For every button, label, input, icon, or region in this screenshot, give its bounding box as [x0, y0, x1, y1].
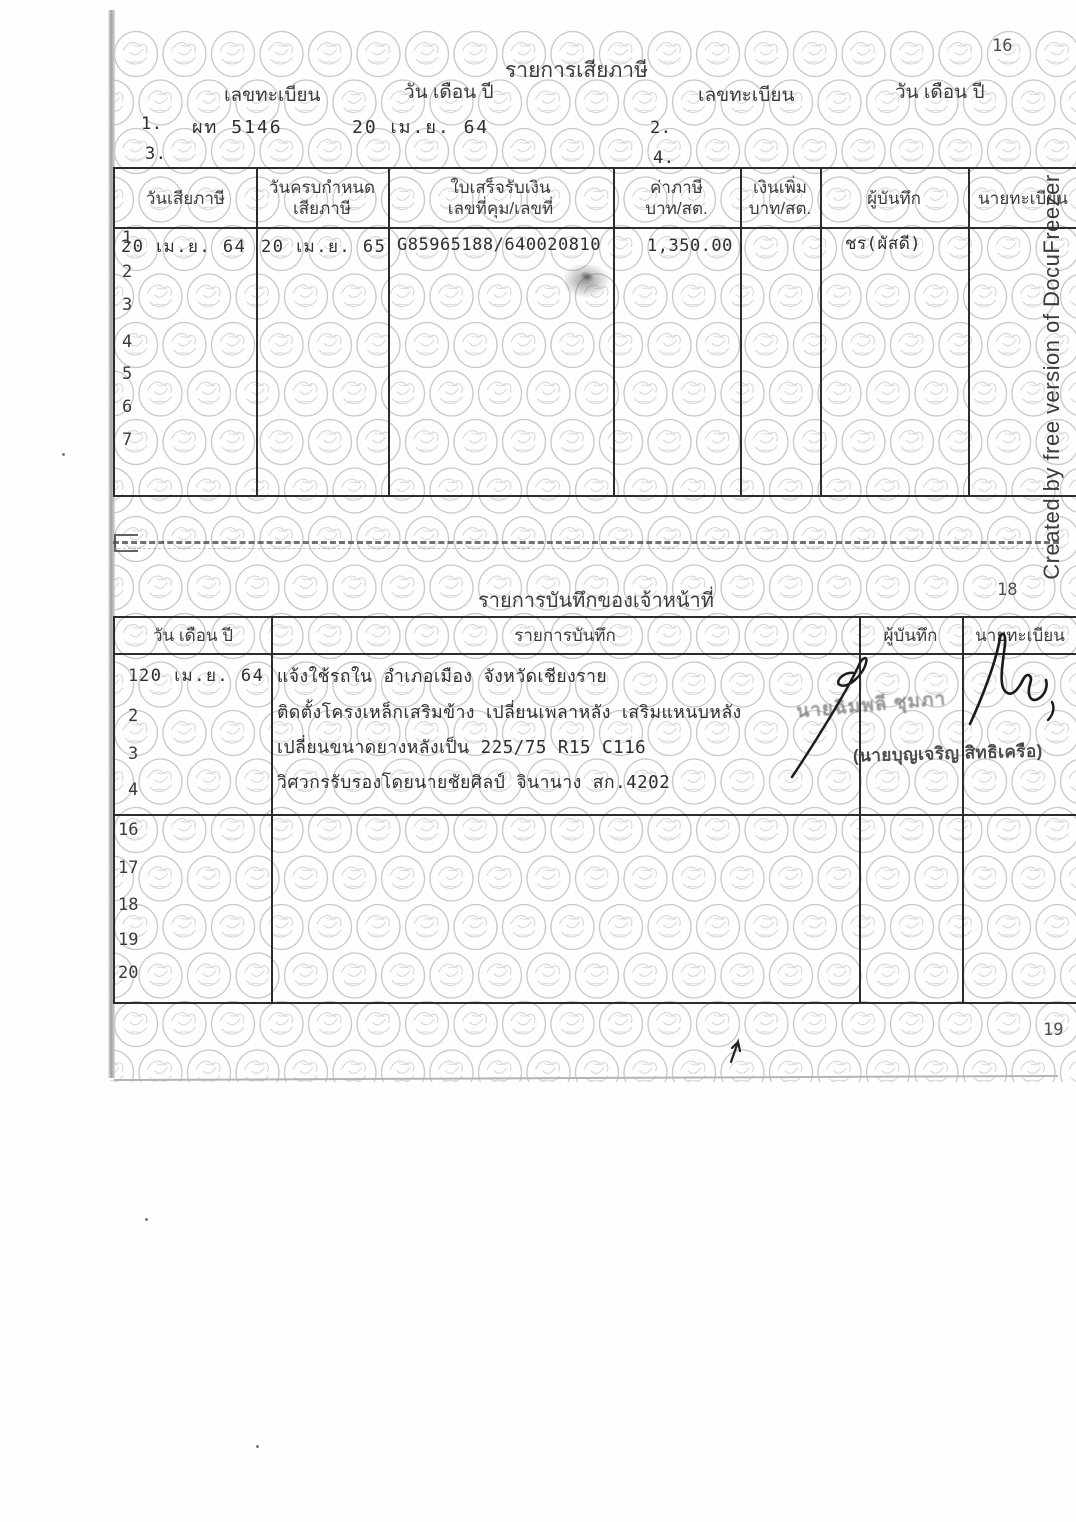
record-row-number: 16 — [118, 820, 138, 840]
col-header-receipt-line1: ใบเสร็จรับเงิน — [450, 178, 550, 197]
emblem-circle-instance — [309, 32, 352, 77]
emblem-circle-instance — [988, 1002, 1031, 1047]
emblem-circle-instance — [939, 32, 982, 77]
emblem-circle-instance — [503, 1002, 546, 1047]
scanned-document-page: Created by free version of DocuFreezer ร… — [0, 0, 1076, 1522]
emblem-circle-instance — [139, 565, 182, 610]
emblem-circle-instance — [260, 1002, 303, 1047]
emblem-circle-instance — [236, 565, 279, 610]
emblem-circle-instance — [212, 517, 255, 562]
emblem-circle-instance — [1012, 1050, 1055, 1082]
page-number-16: 16 — [992, 36, 1012, 56]
tax-table-divider — [820, 169, 822, 495]
col-header-surcharge-line1: เงินเพิ่ม — [753, 178, 807, 197]
emblem-circle-instance — [770, 565, 813, 610]
pen-mark — [727, 1038, 747, 1064]
emblem-circle-instance — [745, 32, 788, 77]
emblem-circle-instance — [1036, 32, 1076, 77]
emblem-circle-instance — [648, 32, 691, 77]
record-row-number: 19 — [118, 930, 138, 950]
emblem-circle-instance — [1012, 80, 1055, 125]
tax-table-divider — [968, 169, 970, 495]
emblem-circle-instance — [115, 32, 158, 77]
record-row-number: 18 — [118, 895, 138, 915]
col-header-amount: ค่าภาษี บาท/สต. — [613, 177, 740, 220]
col-header-registrar: นายทะเบียน — [968, 188, 1076, 209]
emblem-circle-instance — [357, 517, 400, 562]
col-header-due-line2: เสียภาษี — [293, 199, 351, 218]
emblem-circle-instance — [357, 32, 400, 77]
record-table: วัน เดือน ปี รายการบันทึก ผู้บันทึก นายท… — [113, 616, 1076, 1004]
emblem-circle-instance — [309, 517, 352, 562]
emblem-circle-instance — [988, 517, 1031, 562]
emblem-circle-instance — [406, 517, 449, 562]
col-header-surcharge-line2: บาท/สต. — [749, 199, 811, 218]
emblem-circle-instance — [260, 32, 303, 77]
emblem-circle-instance — [818, 80, 861, 125]
record-line-1: แจ้งใช้รถใน อำเภอเมือง จังหวัดเชียงราย — [277, 662, 607, 690]
emblem-circle-instance — [163, 1002, 206, 1047]
emblem-circle-instance — [915, 565, 958, 610]
emblem-circle-instance — [842, 32, 885, 77]
dust-speck — [256, 1445, 259, 1448]
cell-tax-amount: 1,350.00 — [647, 236, 733, 256]
emblem-circle-instance — [285, 565, 328, 610]
registration-date: 20 เม.ย. 64 — [352, 112, 489, 141]
dust-speck — [145, 1218, 148, 1221]
emblem-circle-instance — [163, 517, 206, 562]
emblem-circle-instance — [939, 517, 982, 562]
emblem-circle-instance — [333, 565, 376, 610]
emblem-circle-instance — [600, 1002, 643, 1047]
emblem-circle-instance — [503, 517, 546, 562]
cell-due-date: 20 เม.ย. 65 — [261, 233, 386, 260]
record-line-3: เปลี่ยนขนาดยางหลังเป็น 225/75 R15 C116 — [277, 733, 646, 761]
emblem-circle-instance — [163, 32, 206, 77]
page-number-18: 18 — [997, 580, 1017, 600]
cell-tax-date: 20 เม.ย. 64 — [121, 233, 246, 260]
emblem-circle-instance — [551, 517, 594, 562]
emblem-circle-instance — [188, 565, 231, 610]
emblem-circle-instance — [867, 565, 910, 610]
emblem-circle-instance — [212, 1002, 255, 1047]
emblem-circle-instance — [697, 32, 740, 77]
emblem-circle-instance — [794, 517, 837, 562]
date-label-1: วัน เดือน ปี — [404, 77, 494, 107]
emblem-circle-instance — [454, 1002, 497, 1047]
record-row-number: 1 — [128, 666, 138, 686]
emblem-circle-instance — [188, 1050, 231, 1082]
registrar-name-stamp: (นายบุญเจริญ สิทธิเครือ) — [853, 738, 1043, 770]
col-header-date: วัน เดือน ปี — [115, 625, 271, 646]
tax-row-number: 4 — [122, 332, 132, 352]
tax-table: วันเสียภาษี วันครบกำหนด เสียภาษี ใบเสร็จ… — [113, 167, 1076, 497]
emblem-circle-instance — [939, 1002, 982, 1047]
record-line-4: วิศวกรรับรองโดยนายชัยศิลป์ จินานาง สก.42… — [277, 768, 670, 796]
emblem-circle-instance — [430, 565, 473, 610]
emblem-circle-instance — [406, 1002, 449, 1047]
col-header-amount-line2: บาท/สต. — [645, 199, 707, 218]
emblem-circle-instance — [648, 1002, 691, 1047]
tax-row-number: 6 — [122, 397, 132, 417]
emblem-circle-instance — [382, 565, 425, 610]
record-date: 20 เม.ย. 64 — [139, 662, 264, 689]
perforation-line — [113, 541, 1059, 544]
emblem-circle-instance — [236, 1050, 279, 1082]
entry-no-1: 1. — [141, 114, 162, 134]
cell-receipt-no: G85965188/640020810 — [397, 235, 601, 255]
col-header-due-date: วันครบกำหนด เสียภาษี — [256, 177, 388, 220]
tax-row-number: 1 — [122, 228, 132, 248]
record-table-divider — [271, 618, 273, 1002]
emblem-circle-instance — [1061, 80, 1076, 125]
emblem-circle-instance — [842, 517, 885, 562]
tax-row-number: 7 — [122, 430, 132, 450]
col-header-due-line1: วันครบกำหนด — [269, 178, 375, 197]
col-header-tax-date: วันเสียภาษี — [115, 188, 256, 209]
ink-smudge — [565, 265, 611, 299]
emblem-circle-instance — [454, 32, 497, 77]
emblem-circle-instance — [648, 517, 691, 562]
col-header-receipt: ใบเสร็จรับเงิน เลขที่คุม/เลขที่ — [388, 177, 613, 220]
tax-section-title: รายการเสียภาษี — [505, 54, 648, 87]
record-table-mid-line — [115, 814, 1076, 816]
emblem-circle-instance — [794, 32, 837, 77]
record-section-title: รายการบันทึกของเจ้าหน้าที่ — [478, 584, 714, 616]
col-header-record: รายการบันทึก — [271, 625, 859, 646]
tax-table-header-line — [115, 227, 1076, 229]
emblem-circle-instance — [212, 32, 255, 77]
emblem-circle-instance — [309, 1002, 352, 1047]
emblem-circle-instance — [794, 1002, 837, 1047]
emblem-circle-instance — [721, 565, 764, 610]
registration-number: ผท 5146 — [192, 112, 283, 141]
tax-row-number: 2 — [122, 262, 132, 282]
tax-row-number: 5 — [122, 364, 132, 384]
emblem-circle-instance — [139, 1050, 182, 1082]
record-row-number: 3 — [128, 744, 138, 764]
emblem-circle-instance — [1061, 1050, 1076, 1082]
dust-speck — [62, 453, 65, 456]
emblem-circle-instance — [745, 517, 788, 562]
record-row-number: 4 — [128, 780, 138, 800]
reg-label-2: เลขทะเบียน — [698, 80, 795, 110]
emblem-circle-instance — [891, 517, 934, 562]
emblem-circle-instance — [891, 32, 934, 77]
reg-label-1: เลขทะเบียน — [224, 80, 321, 110]
record-row-number: 2 — [128, 706, 138, 726]
emblem-circle-instance — [551, 1002, 594, 1047]
record-row-number: 17 — [118, 858, 138, 878]
entry-no-3: 3. — [145, 144, 166, 164]
emblem-circle-instance — [600, 517, 643, 562]
col-header-recorder: ผู้บันทึก — [820, 188, 968, 209]
tax-row-number: 3 — [122, 295, 132, 315]
emblem-circle-instance — [260, 517, 303, 562]
emblem-circle-instance — [818, 565, 861, 610]
cell-recorder: ชร(ผัสดี) — [845, 230, 921, 257]
emblem-circle-instance — [115, 1002, 158, 1047]
perforation-line-soft — [113, 548, 1059, 549]
date-label-2: วัน เดือน ปี — [895, 77, 985, 107]
emblem-circle-instance — [454, 517, 497, 562]
col-header-amount-line1: ค่าภาษี — [650, 178, 703, 197]
entry-no-4: 4. — [653, 148, 674, 168]
col-header-surcharge: เงินเพิ่ม บาท/สต. — [740, 177, 820, 220]
emblem-circle-instance — [406, 32, 449, 77]
col-header-receipt-line2: เลขที่คุม/เลขที่ — [448, 199, 553, 218]
emblem-circle-instance — [891, 1002, 934, 1047]
entry-no-2: 2. — [650, 118, 671, 138]
emblem-circle-instance — [697, 517, 740, 562]
emblem-circle-instance — [842, 1002, 885, 1047]
record-table-header-line — [115, 653, 1076, 655]
record-row-number: 20 — [118, 963, 138, 983]
page-number-19: 19 — [1043, 1020, 1063, 1040]
emblem-circle-instance — [357, 1002, 400, 1047]
col-header-recorder2: ผู้บันทึก — [859, 625, 962, 646]
record-line-2: ติดตั้งโครงเหล็กเสริมข้าง เปลี่ยนเพลาหลั… — [277, 698, 742, 726]
emblem-circle-instance — [745, 1002, 788, 1047]
